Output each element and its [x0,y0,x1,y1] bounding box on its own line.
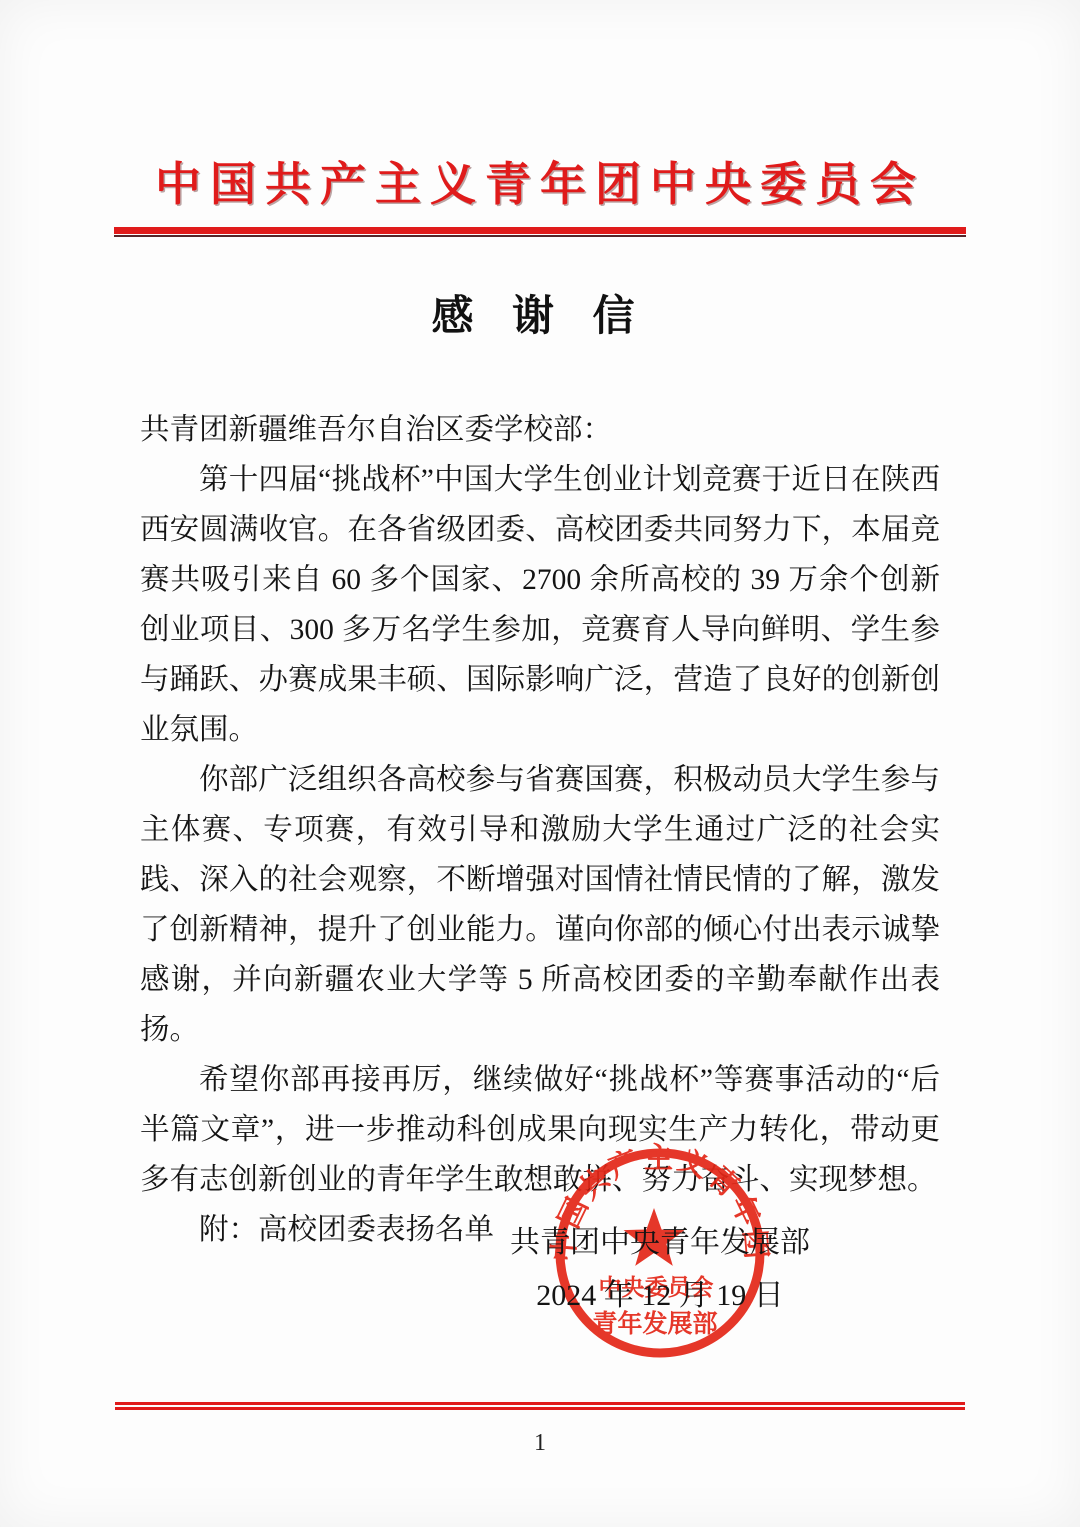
signature-department: 共青团中央青年发展部 [360,1217,960,1261]
signature-date: 2024 年 12 月 19 日 [360,1270,960,1314]
letter-body: 共青团新疆维吾尔自治区委学校部： 第十四届“挑战杯”中国大学生创业计划竞赛于近日… [140,405,940,1255]
footer-rule [115,1402,965,1410]
page-number: 1 [0,1430,1080,1457]
org-masthead: 中国共产主义青年团中央委员会 [0,148,1080,214]
document-title: 感 谢 信 [0,283,1080,343]
letter-page: 中国共产主义青年团中央委员会 感 谢 信 共青团新疆维吾尔自治区委学校部： 第十… [0,0,1080,1527]
body-paragraph: 你部广泛组织各高校参与省赛国赛，积极动员大学生参与主体赛、专项赛，有效引导和激励… [140,755,940,1055]
letterhead-double-rule [114,227,966,237]
salutation: 共青团新疆维吾尔自治区委学校部： [140,405,940,455]
body-paragraph: 希望你部再接再厉，继续做好“挑战杯”等赛事活动的“后半篇文章”，进一步推动科创成… [140,1055,940,1205]
body-paragraph: 第十四届“挑战杯”中国大学生创业计划竞赛于近日在陕西西安圆满收官。在各省级团委、… [140,455,940,755]
